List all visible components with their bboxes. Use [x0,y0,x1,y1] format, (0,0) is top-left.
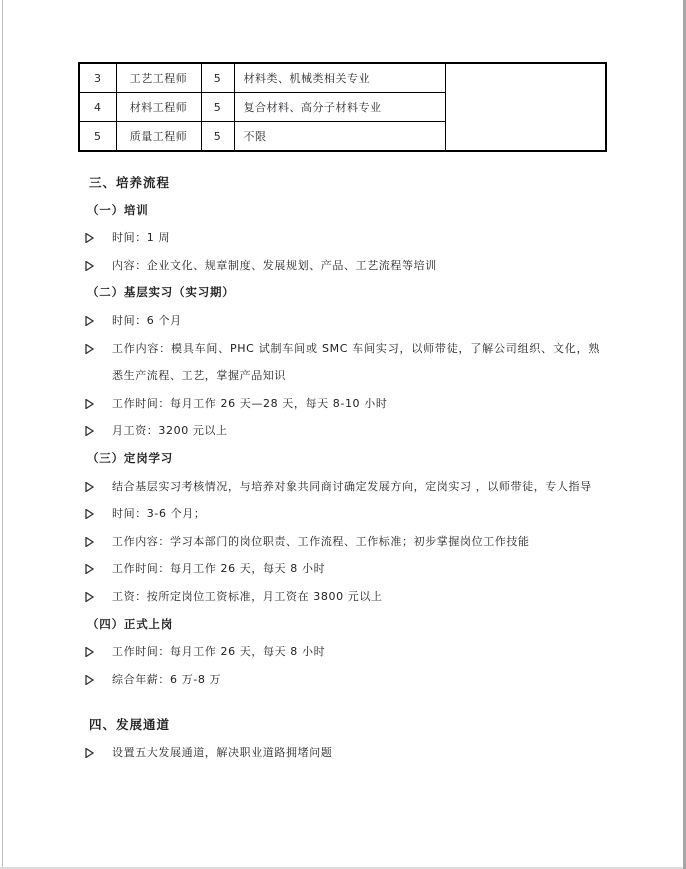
cell-merged-empty [445,63,606,151]
subsection-title-jiceng-shixi: （二）基层实习（实习期） [87,279,600,307]
cell-major: 复合材料、高分子材料专业 [234,93,445,122]
bullet-text: 工作时间：每月工作 26 天—28 天，每天 8-10 小时 [112,390,600,418]
list-item: 时间：1 周 [83,224,600,252]
cell-position: 材料工程师 [116,93,201,122]
list-item: 工作时间：每月工作 26 天—28 天，每天 8-10 小时 [83,390,600,418]
arrow-right-outline-icon [83,555,112,574]
arrow-right-outline-icon [83,224,112,243]
table-row: 3 工艺工程师 5 材料类、机械类相关专业 [79,63,606,93]
list-item: 工作时间：每月工作 26 天，每天 8 小时 [83,555,600,583]
arrow-right-outline-icon [83,417,112,436]
arrow-right-outline-icon [83,739,112,758]
section-heading-training: 三、培养流程 [89,169,600,197]
list-item: 设置五大发展通道，解决职业道路拥堵问题 [83,739,600,767]
section-heading-development: 四、发展通道 [89,711,600,739]
arrow-right-outline-icon [83,473,112,492]
arrow-right-outline-icon [83,307,112,326]
list-item: 工作内容：学习本部门的岗位职责、工作流程、工作标准；初步掌握岗位工作技能 [83,528,600,556]
cell-index: 4 [79,93,116,122]
arrow-right-outline-icon [83,335,112,354]
subsection-title-zhengshi-shanggang: （四）正式上岗 [87,611,600,639]
cell-index: 3 [79,63,116,93]
bullet-text: 工作时间：每月工作 26 天，每天 8 小时 [112,555,600,583]
bullet-text: 工资：按所定岗位工资标准，月工资在 3800 元以上 [112,583,600,611]
list-item: 工作内容：模具车间、PHC 试制车间或 SMC 车间实习，以师带徒，了解公司组织… [83,335,600,390]
subsection-title-peixun: （一）培训 [87,197,600,225]
document-page: 3 工艺工程师 5 材料类、机械类相关专业 4 材料工程师 5 复合材料、高分子… [0,0,686,869]
subsection-title-dinggang-xuexi: （三）定岗学习 [87,445,600,473]
list-item: 工资：按所定岗位工资标准，月工资在 3800 元以上 [83,583,600,611]
cell-headcount: 5 [201,122,234,152]
cell-position: 质量工程师 [116,122,201,152]
document-body: 三、培养流程 （一）培训 时间：1 周 内容：企业文化、规章制度、发展规划、产品… [0,169,686,766]
bullet-text: 内容：企业文化、规章制度、发展规划、产品、工艺流程等培训 [112,252,600,280]
list-item: 月工资：3200 元以上 [83,417,600,445]
arrow-right-outline-icon [83,638,112,657]
arrow-right-outline-icon [83,666,112,685]
cell-headcount: 5 [201,93,234,122]
bullet-text: 时间：1 周 [112,224,600,252]
arrow-right-outline-icon [83,583,112,602]
list-item: 内容：企业文化、规章制度、发展规划、产品、工艺流程等培训 [83,252,600,280]
cell-index: 5 [79,122,116,152]
bullet-text: 结合基层实习考核情况，与培养对象共同商讨确定发展方向，定岗实习 ，以师带徒，专人… [112,473,600,501]
bullet-text: 综合年薪：6 万-8 万 [112,666,600,694]
list-item: 结合基层实习考核情况，与培养对象共同商讨确定发展方向，定岗实习 ，以师带徒，专人… [83,473,600,501]
list-item: 时间：3-6 个月； [83,500,600,528]
bullet-text: 时间：6 个月 [112,307,600,335]
arrow-right-outline-icon [83,390,112,409]
list-item: 工作时间：每月工作 26 天，每天 8 小时 [83,638,600,666]
cell-position: 工艺工程师 [116,63,201,93]
bullet-text: 工作时间：每月工作 26 天，每天 8 小时 [112,638,600,666]
arrow-right-outline-icon [83,500,112,519]
bullet-text: 设置五大发展通道，解决职业道路拥堵问题 [112,739,600,767]
cell-major: 材料类、机械类相关专业 [234,63,445,93]
list-item: 综合年薪：6 万-8 万 [83,666,600,694]
cell-major: 不限 [234,122,445,152]
cell-headcount: 5 [201,63,234,93]
arrow-right-outline-icon [83,252,112,271]
bullet-text: 工作内容：学习本部门的岗位职责、工作流程、工作标准；初步掌握岗位工作技能 [112,528,600,556]
arrow-right-outline-icon [83,528,112,547]
bullet-text: 月工资：3200 元以上 [112,417,600,445]
bullet-text: 时间：3-6 个月； [112,500,600,528]
bullet-text: 工作内容：模具车间、PHC 试制车间或 SMC 车间实习，以师带徒，了解公司组织… [112,335,600,390]
list-item: 时间：6 个月 [83,307,600,335]
positions-table: 3 工艺工程师 5 材料类、机械类相关专业 4 材料工程师 5 复合材料、高分子… [78,62,607,152]
page-edge-left [2,0,3,869]
